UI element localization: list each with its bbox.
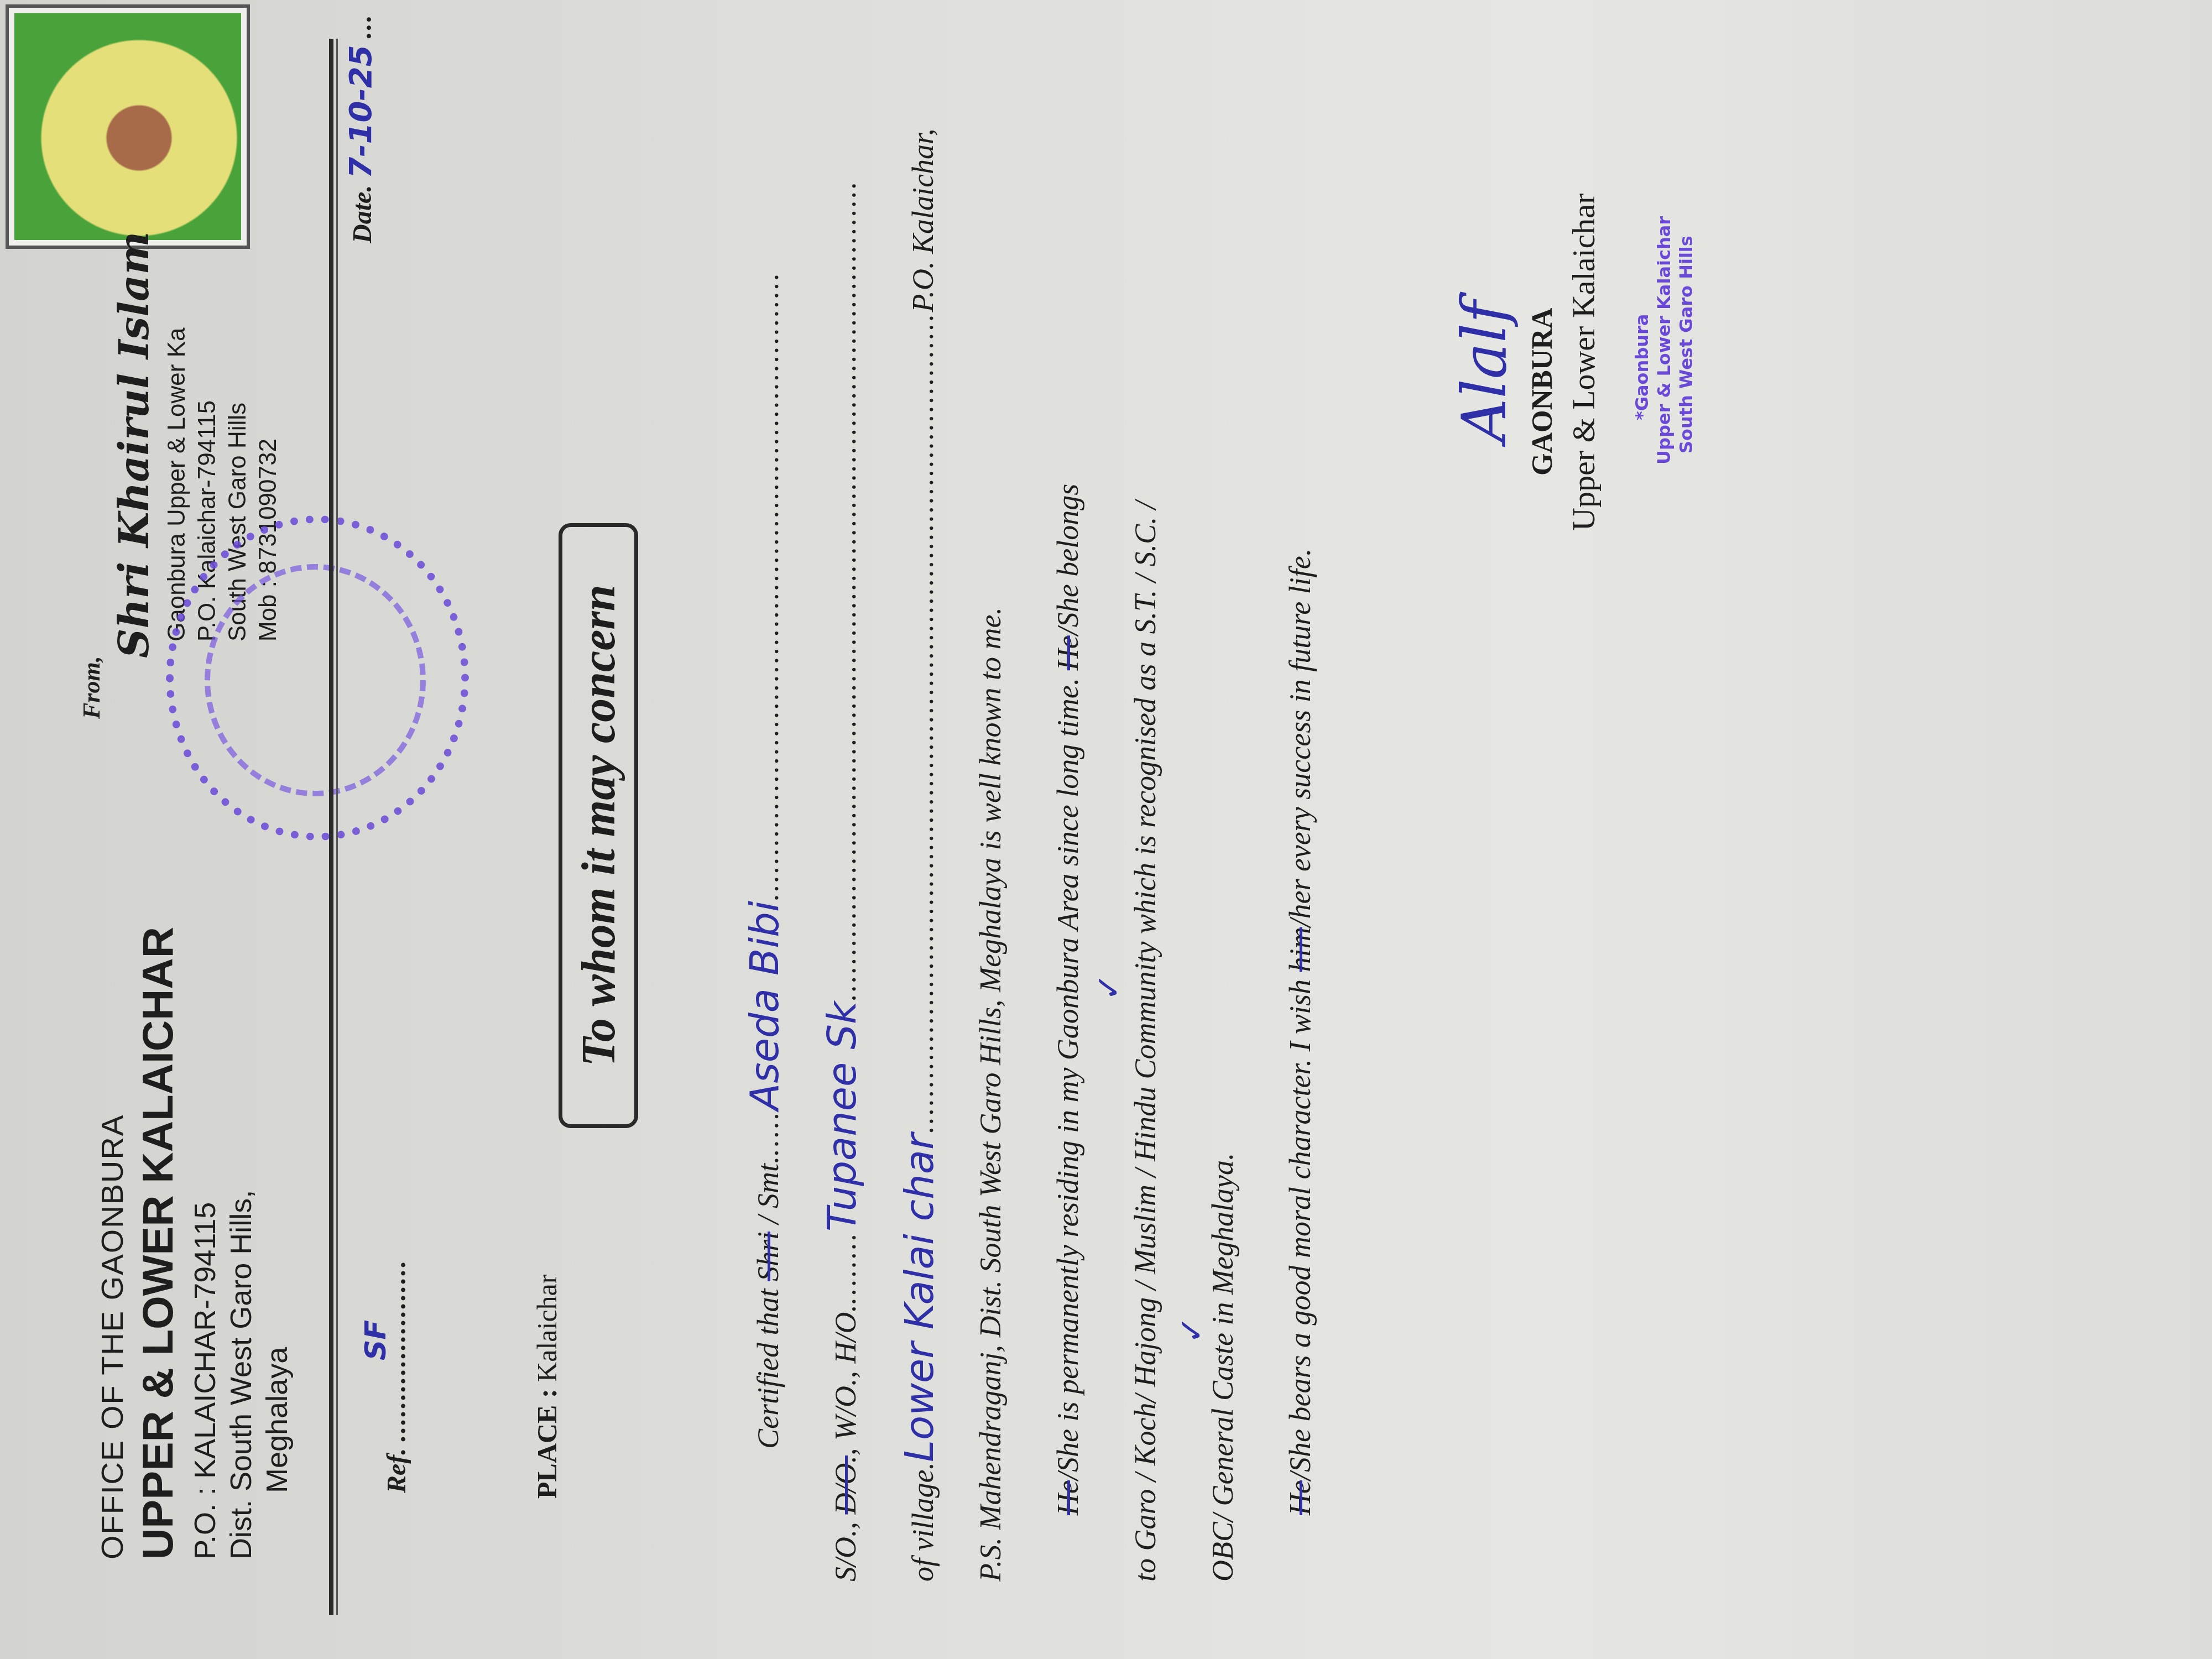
rubber-stamp-line1: *Gaonbura — [1631, 314, 1652, 420]
ref-field: Ref. ...................... SF — [382, 1259, 412, 1493]
date-value: 7-10-25 — [343, 45, 379, 178]
struck-he: He — [1051, 635, 1084, 670]
from-label: From, — [77, 656, 106, 719]
office-heading: OFFICE OF THE GAONBURA — [94, 1114, 130, 1559]
office-state: Meghalaya — [260, 1347, 294, 1493]
round-seal-inner — [205, 564, 426, 796]
sender-name: Shri Khairul Islam — [111, 231, 158, 658]
text: /She bears a good moral character. I wis… — [1284, 972, 1317, 1480]
struck-he: He — [1051, 1480, 1084, 1515]
ref-label: Ref. — [382, 1448, 411, 1493]
text: Certified that — [752, 1281, 785, 1449]
certificate-page: OFFICE OF THE GAONBURA UPPER & LOWER KAL… — [0, 0, 2212, 1659]
body-line-2: S/O., D/O., W/O., H/O.........Tupanee Sk… — [818, 180, 865, 1582]
date-label: Date. — [348, 185, 377, 243]
office-po: P.O. : KALAICHAR-794115 — [188, 1202, 222, 1559]
text: S/O., — [829, 1515, 862, 1582]
signatory-designation: GAONBURA — [1526, 308, 1559, 476]
text: /her every success in future life. — [1284, 549, 1317, 927]
photo-image — [14, 13, 241, 240]
office-name: UPPER & LOWER KALAICHAR — [133, 927, 183, 1559]
struck-he: He — [1284, 1480, 1317, 1515]
struck-do: D/O. — [829, 1455, 862, 1515]
rubber-stamp-line3: South West Garo Hills — [1676, 236, 1697, 453]
handwritten-name: Aseda Bibi — [741, 901, 787, 1110]
applicant-photo — [6, 4, 250, 249]
body-line-5: He/She is permanently residing in my Gao… — [1051, 484, 1085, 1515]
signatory-area: Upper & Lower Kalaichar — [1565, 194, 1602, 531]
place-value: Kalaichar — [531, 1275, 562, 1382]
header-divider-thin — [336, 39, 338, 1615]
text: /She belongs — [1051, 484, 1084, 635]
body-line-1: Certified that Shri / Smt......Aseda Bib… — [741, 272, 787, 1449]
text: / Smt. — [752, 1156, 785, 1232]
text: P.O. Kalaichar, — [906, 128, 940, 312]
text: /She is permanently residing in my Gaonb… — [1051, 670, 1084, 1480]
gaonbura-signature: Alalf — [1449, 301, 1520, 442]
body-line-7: OBC/ General Caste in Meghalaya. — [1206, 1153, 1240, 1582]
rubber-stamp-line2: Upper & Lower Kalaichar — [1653, 216, 1674, 465]
date-dots: ... — [348, 13, 377, 38]
text: , W/O., H/O. — [829, 1305, 862, 1455]
body-line-6: to Garo / Koch/ Hajong / Muslim / Hindu … — [1128, 501, 1162, 1582]
handwritten-village: Lower Kalai char — [896, 1133, 942, 1462]
date-field: Date. 7-10-25 ... — [343, 13, 379, 243]
body-line-8: He/She bears a good moral character. I w… — [1283, 549, 1317, 1515]
body-line-3: of village.Lower Kalai char.............… — [896, 128, 942, 1582]
text: of village. — [906, 1462, 940, 1582]
place-field: PLACE : Kalaichar — [531, 1275, 563, 1499]
place-label: PLACE : — [531, 1382, 562, 1499]
body-line-4: P.S. Mahendraganj, Dist. South West Garo… — [973, 607, 1008, 1582]
header-divider — [329, 39, 333, 1615]
check-mark-muslim: ✓ — [1089, 973, 1128, 1001]
struck-him: him — [1284, 927, 1317, 972]
struck-shri: Shri — [752, 1232, 785, 1281]
ref-value: SF — [359, 1320, 393, 1360]
office-district: Dist. South West Garo Hills, — [224, 1190, 258, 1559]
handwritten-relative-name: Tupanee Sk — [818, 1001, 865, 1232]
document-title: To whom it may concern — [559, 523, 638, 1128]
